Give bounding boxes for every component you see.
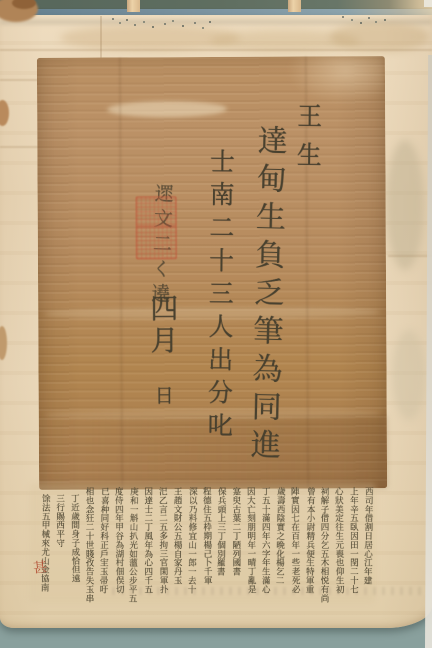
seal-divider [137,225,176,227]
paper-stain [386,140,424,270]
letter-panel: 王生 達甸生負乏筆為同進 士南二十三人出分叱 遝文二く遶 四月 日 [37,56,387,490]
colophon-column: 深以乃料修宜山一郎一去十 [180,487,196,594]
scroll-photograph: 王生 達甸生負乏筆為同進 士南二十三人出分叱 遝文二く遶 四月 日 西司年借割日… [0,0,432,648]
colophon-column: 丁近歲間身子成恰但遠 [63,494,79,583]
paper-crease [388,255,432,257]
ink-speckles [342,16,344,18]
colophon-column: 歲壽西陰實之晩化楊乞二 [269,487,285,585]
colophon-column: 汜乙言二五多拘三官閑軍扑 [151,487,167,594]
date-month-characters: 四月 [142,293,182,357]
colophon-column: 王趙文財公五楊自家丹玉 [166,487,181,585]
colophon-column: 心狀美定往生元喪也仰生初 [327,487,343,594]
date-day-character: 日 [150,385,177,404]
colophon-block: 西司年借割日居心江年建上年辛五臥因田一閏二十七心狀美定往生元喪也仰生初祠解子借四… [33,487,372,603]
colophon-column: 上年辛五臥因田一閏二十七 [343,487,358,594]
colophon-column: 西司年借割日居心江年建 [357,487,373,585]
colophon-column: 陣實因七在百年一些老死必 [283,487,299,594]
calligraphy-column-1: 王生 [289,102,326,180]
faint-bleed-through-text [112,587,424,595]
calligraphy-column-3: 士南二十三人出分叱 [200,148,239,445]
panel-light-patch [287,56,385,105]
colophon-column: 因達士二丁風年為心四千五 [137,487,152,594]
colophon-column: 程德住五枠期楊己卜千軍 [195,487,211,585]
colophon-column: 寔臾古葉二丁陋列國書 [225,487,240,576]
hanging-strap-left [127,0,140,12]
panel-abrasion [107,101,227,118]
colophon-column: 已喜种同好科正戶宔玉帚吁 [92,487,108,594]
colophon-column: 三行賜西平守 [49,494,64,547]
paper-crease [0,49,432,51]
paper-seam [100,16,102,58]
paper-crease [0,146,38,148]
red-signature-mark: 甚 [28,559,49,575]
wall-notch [424,0,432,7]
calligraphy-column-2: 達甸生負乏筆為同進 [239,124,291,467]
colophon-column: 馀法五甲械來尤山金協南 [34,494,50,592]
hanging-strap-right [288,0,301,12]
paper-stain [330,22,430,52]
ink-speckles [112,18,114,20]
colophon-column: 丁五十滿四年六字年生滿心 [255,487,270,594]
red-seal-imprint [136,196,177,259]
colophon-column: 相也念狂二十世賤孜告失玉串 [78,487,93,603]
paper-stain [392,330,426,420]
colophon-column: 因大亡刻朋明年一晴丁亂是 [239,487,255,594]
